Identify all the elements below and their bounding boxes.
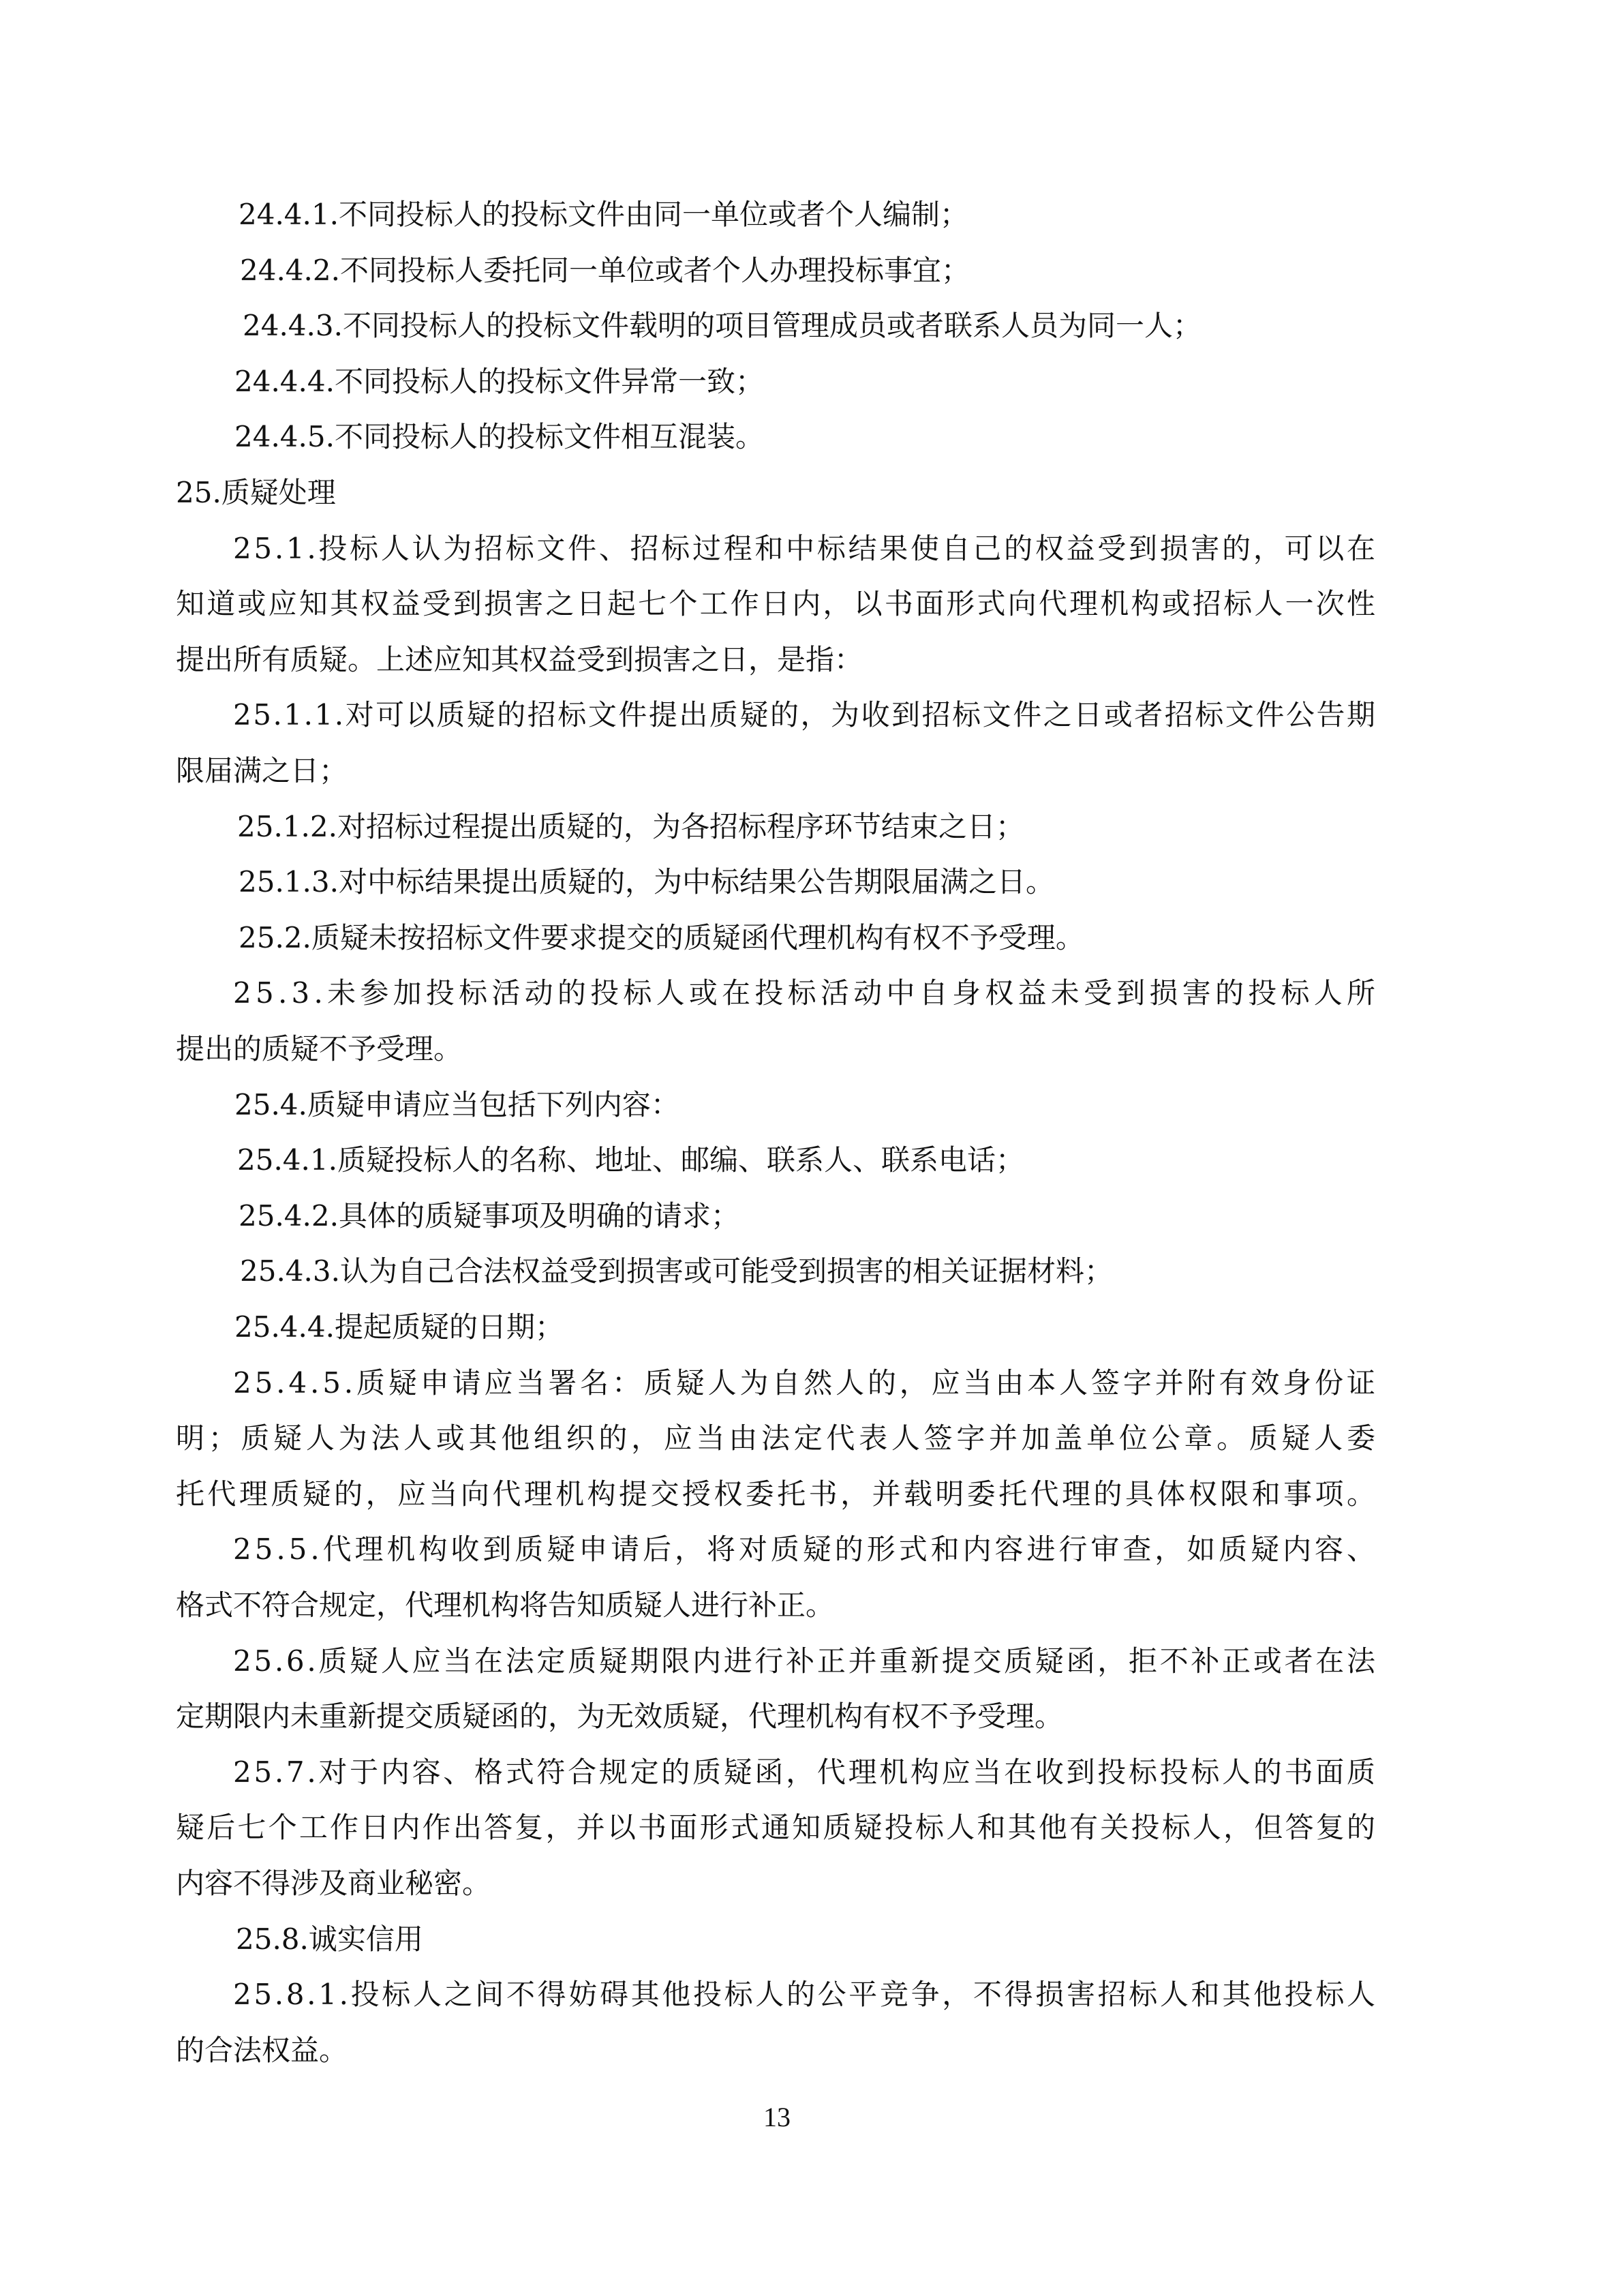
text-line: 25.1.2.对招标过程提出质疑的，为各招标程序环节结束之日；: [237, 799, 1024, 855]
text-line: 25.1.投标人认为招标文件、招标过程和中标结果使自己的权益受到损害的，可以在: [233, 521, 1375, 577]
text-line: 格式不符合规定，代理机构将告知质疑人进行补正。: [176, 1577, 834, 1633]
text-line: 24.4.1.不同投标人的投标文件由同一单位或者个人编制；: [239, 187, 968, 243]
text-line: 25.7.对于内容、格式符合规定的质疑函，代理机构应当在收到投标投标人的书面质: [233, 1744, 1375, 1800]
text-line: 内容不得涉及商业秘密。: [176, 1856, 491, 1912]
text-line: 24.4.3.不同投标人的投标文件载明的项目管理成员或者联系人员为同一人；: [243, 298, 1202, 354]
text-line: 25.1.1.对可以质疑的招标文件提出质疑的，为收到招标文件之日或者招标文件公告…: [233, 687, 1375, 743]
text-line: 限届满之日；: [176, 743, 348, 799]
text-line: 24.4.4.不同投标人的投标文件异常一致；: [234, 354, 764, 410]
text-line: 25.1.3.对中标结果提出质疑的，为中标结果公告期限届满之日。: [239, 854, 1054, 910]
page-number: 13: [743, 2101, 811, 2134]
text-line: 25.8.诚实信用: [236, 1912, 423, 1967]
text-line: 明；质疑人为法人或其他组织的，应当由法定代表人签字并加盖单位公章。质疑人委: [176, 1410, 1375, 1466]
text-line: 25.2.质疑未按招标文件要求提交的质疑函代理机构有权不予受理。: [239, 910, 1084, 966]
text-line: 25.4.5.质疑申请应当署名：质疑人为自然人的，应当由本人签字并附有效身份证: [233, 1355, 1375, 1411]
text-line: 的合法权益。: [176, 2023, 348, 2079]
text-line: 25.4.2.具体的质疑事项及明确的请求；: [239, 1188, 739, 1244]
text-line: 定期限内未重新提交质疑函的，为无效质疑，代理机构有权不予受理。: [176, 1689, 1063, 1744]
text-line: 提出的质疑不予受理。: [176, 1021, 462, 1077]
text-line: 25.6.质疑人应当在法定质疑期限内进行补正并重新提交质疑函，拒不补正或者在法: [233, 1633, 1375, 1689]
text-line: 25.5.代理机构收到质疑申请后，将对质疑的形式和内容进行审查，如质疑内容、: [233, 1522, 1375, 1577]
text-line: 知道或应知其权益受到损害之日起七个工作日内，以书面形式向代理机构或招标人一次性: [176, 576, 1375, 632]
text-line: 25.4.质疑申请应当包括下列内容：: [234, 1077, 679, 1133]
text-line: 提出所有质疑。上述应知其权益受到损害之日，是指：: [176, 632, 863, 688]
document-page: 24.4.1.不同投标人的投标文件由同一单位或者个人编制；24.4.2.不同投标…: [0, 0, 1622, 2296]
text-line: 25.4.1.质疑投标人的名称、地址、邮编、联系人、联系电话；: [237, 1132, 1024, 1188]
text-line: 托代理质疑的，应当向代理机构提交授权委托书，并载明委托代理的具体权限和事项。: [176, 1466, 1375, 1522]
text-line: 24.4.5.不同投标人的投标文件相互混装。: [234, 409, 764, 465]
text-line: 25.8.1.投标人之间不得妨碍其他投标人的公平竞争，不得损害招标人和其他投标人: [233, 1967, 1375, 2023]
text-line: 24.4.2.不同投标人委托同一单位或者个人办理投标事宜；: [240, 243, 970, 299]
text-line: 疑后七个工作日内作出答复，并以书面形式通知质疑投标人和其他有关投标人，但答复的: [176, 1800, 1375, 1856]
text-line: 25.4.3.认为自己合法权益受到损害或可能受到损害的相关证据材料；: [240, 1243, 1113, 1299]
text-line: 25.质疑处理: [176, 465, 336, 521]
text-line: 25.4.4.提起质疑的日期；: [234, 1299, 564, 1355]
text-line: 25.3.未参加投标活动的投标人或在投标活动中自身权益未受到损害的投标人所: [233, 965, 1375, 1021]
